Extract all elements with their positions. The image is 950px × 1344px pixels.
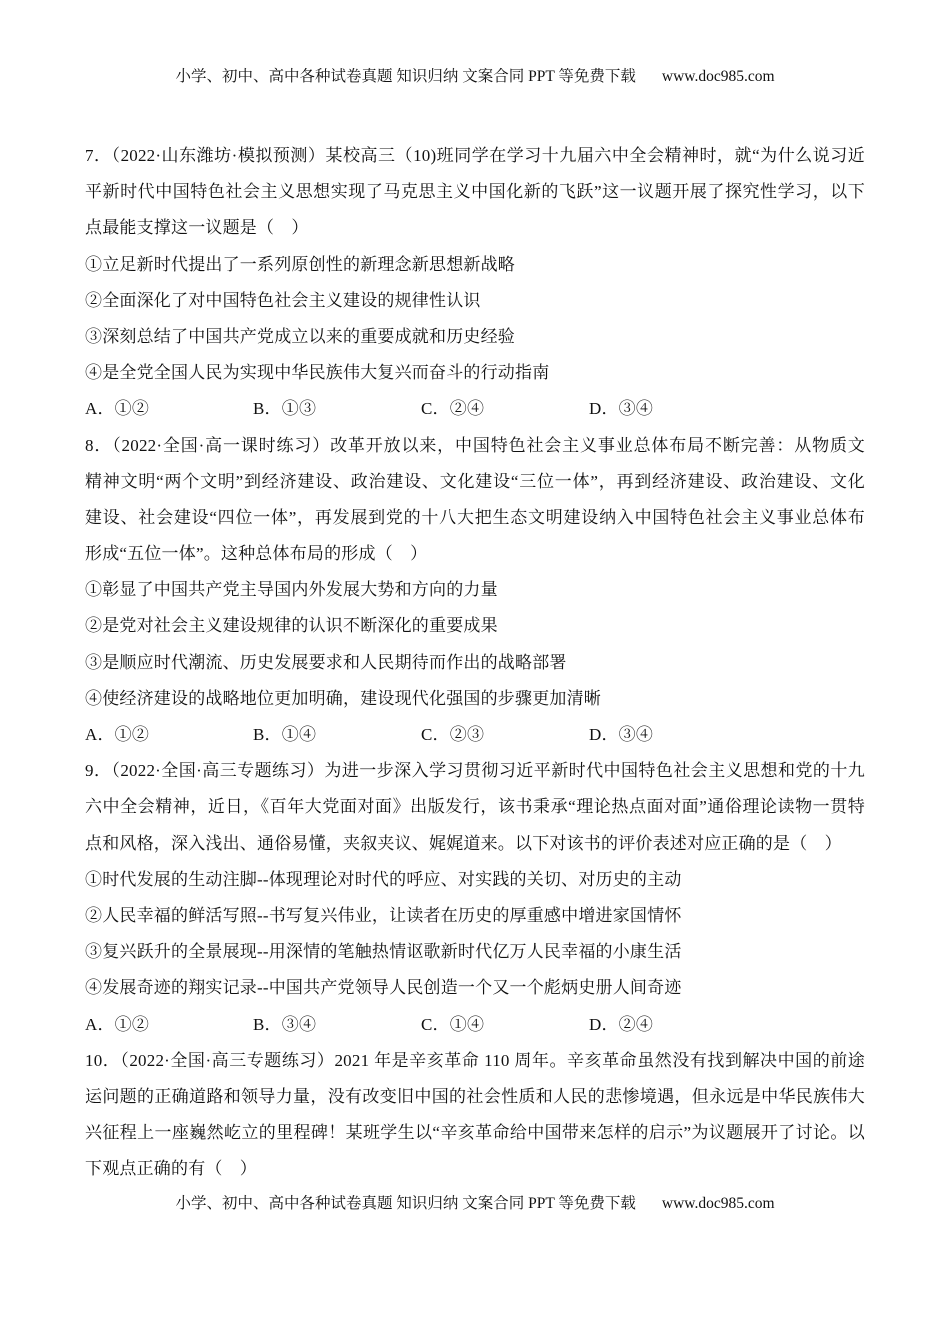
statement-line: ②全面深化了对中国特色社会主义建设的规律性认识 bbox=[85, 283, 865, 319]
stem-line: 建设、社会建设“四位一体”，再发展到党的十八大把生态文明建设纳入中国特色社会主义… bbox=[85, 500, 865, 536]
page-header: 小学、初中、高中各种试卷真题 知识归纳 文案合同 PPT 等免费下载www.do… bbox=[0, 59, 950, 95]
statement-line: ④发展奇迹的翔实记录--中国共产党领导人民创造一个又一个彪炳史册人间奇迹 bbox=[85, 970, 865, 1006]
choice-c: C．②③ bbox=[421, 717, 589, 753]
statement-line: ③是顺应时代潮流、历史发展要求和人民期待而作出的战略部署 bbox=[85, 645, 865, 681]
footer-site-url: www.doc985.com bbox=[662, 1186, 775, 1222]
question-10: 10．（2022·全国·高三专题练习）2021 年是辛亥革命 110 周年。辛亥… bbox=[85, 1043, 865, 1188]
choice-a: A．①② bbox=[85, 391, 253, 427]
statement-line: ①时代发展的生动注脚--体现理论对时代的呼应、对实践的关切、对历史的主动 bbox=[85, 862, 865, 898]
choices-row: A．①②B．③④C．①④D．②④ bbox=[85, 1007, 865, 1043]
stem-line: 下观点正确的有（ ） bbox=[85, 1151, 865, 1187]
choice-a: A．①② bbox=[85, 717, 253, 753]
choice-c: C．①④ bbox=[421, 1007, 589, 1043]
footer-site-note: 小学、初中、高中各种试卷真题 知识归纳 文案合同 PPT 等免费下载 bbox=[175, 1195, 635, 1212]
document-page: 小学、初中、高中各种试卷真题 知识归纳 文案合同 PPT 等免费下载www.do… bbox=[0, 0, 950, 1344]
statement-line: ④是全党全国人民为实现中华民族伟大复兴而奋斗的行动指南 bbox=[85, 355, 865, 391]
stem-line: 运问题的正确道路和领导力量，没有改变旧中国的社会性质和人民的悲惨境遇，但永远是中… bbox=[85, 1079, 865, 1115]
statement-line: ①彰显了中国共产党主导国内外发展大势和方向的力量 bbox=[85, 572, 865, 608]
choice-d: D．②④ bbox=[589, 1007, 653, 1043]
choices-row: A．①②B．①④C．②③D．③④ bbox=[85, 717, 865, 753]
choice-b: B．③④ bbox=[253, 1007, 421, 1043]
question-8: 8．（2022·全国·高一课时练习）改革开放以来，中国特色社会主义事业总体布局不… bbox=[85, 428, 865, 754]
stem-line: 9．（2022·全国·高三专题练习）为进一步深入学习贯彻习近平新时代中国特色社会… bbox=[85, 753, 865, 789]
stem-line: 精神文明“两个文明”到经济建设、政治建设、文化建设“三位一体”，再到经济建设、政… bbox=[85, 464, 865, 500]
statement-line: ①立足新时代提出了一系列原创性的新理念新思想新战略 bbox=[85, 247, 865, 283]
choice-d: D．③④ bbox=[589, 391, 653, 427]
stem-line: 平新时代中国特色社会主义思想实现了马克思主义中国化新的飞跃”这一议题开展了探究性… bbox=[85, 174, 865, 210]
choice-b: B．①④ bbox=[253, 717, 421, 753]
stem-line: 兴征程上一座巍然屹立的里程碑！某班学生以“辛亥革命给中国带来怎样的启示”为议题展… bbox=[85, 1115, 865, 1151]
statement-line: ②人民幸福的鲜活写照--书写复兴伟业，让读者在历史的厚重感中增进家国情怀 bbox=[85, 898, 865, 934]
stem-line: 点最能支撑这一议题是（ ） bbox=[85, 210, 865, 246]
statement-line: ③复兴跃升的全景展现--用深情的笔触热情讴歌新时代亿万人民幸福的小康生活 bbox=[85, 934, 865, 970]
choice-d: D．③④ bbox=[589, 717, 653, 753]
choice-b: B．①③ bbox=[253, 391, 421, 427]
stem-line: 8．（2022·全国·高一课时练习）改革开放以来，中国特色社会主义事业总体布局不… bbox=[85, 428, 865, 464]
question-9: 9．（2022·全国·高三专题练习）为进一步深入学习贯彻习近平新时代中国特色社会… bbox=[85, 753, 865, 1043]
stem-line: 六中全会精神，近日，《百年大党面对面》出版发行，该书秉承“理论热点面对面”通俗理… bbox=[85, 789, 865, 825]
stem-line: 形成“五位一体”。这种总体布局的形成（ ） bbox=[85, 536, 865, 572]
statement-line: ③深刻总结了中国共产党成立以来的重要成就和历史经验 bbox=[85, 319, 865, 355]
stem-line: 10．（2022·全国·高三专题练习）2021 年是辛亥革命 110 周年。辛亥… bbox=[85, 1043, 865, 1079]
statement-line: ②是党对社会主义建设规律的认识不断深化的重要成果 bbox=[85, 608, 865, 644]
document-body: 7．（2022·山东潍坊·模拟预测）某校高三（10)班同学在学习十九届六中全会精… bbox=[85, 138, 865, 1187]
choice-c: C．②④ bbox=[421, 391, 589, 427]
header-site-url: www.doc985.com bbox=[662, 59, 775, 95]
stem-line: 点和风格，深入浅出、通俗易懂，夹叙夹议、娓娓道来。以下对该书的评价表述对应正确的… bbox=[85, 826, 865, 862]
choice-a: A．①② bbox=[85, 1007, 253, 1043]
header-site-note: 小学、初中、高中各种试卷真题 知识归纳 文案合同 PPT 等免费下载 bbox=[175, 68, 635, 85]
stem-line: 7．（2022·山东潍坊·模拟预测）某校高三（10)班同学在学习十九届六中全会精… bbox=[85, 138, 865, 174]
question-7: 7．（2022·山东潍坊·模拟预测）某校高三（10)班同学在学习十九届六中全会精… bbox=[85, 138, 865, 428]
page-footer: 小学、初中、高中各种试卷真题 知识归纳 文案合同 PPT 等免费下载www.do… bbox=[0, 1186, 950, 1222]
choices-row: A．①②B．①③C．②④D．③④ bbox=[85, 391, 865, 427]
statement-line: ④使经济建设的战略地位更加明确，建设现代化强国的步骤更加清晰 bbox=[85, 681, 865, 717]
